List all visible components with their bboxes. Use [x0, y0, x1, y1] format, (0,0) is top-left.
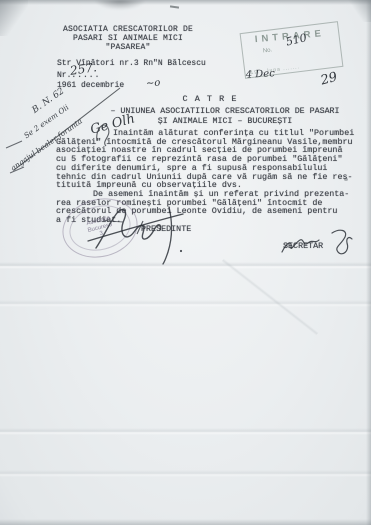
secretary-label: SECRETAR: [283, 241, 323, 251]
paper-crease: [0, 262, 371, 269]
org-name-line2: PASARI SI ANIMALE MICI: [57, 34, 199, 43]
entry-stamp-date-handwritten: 4 Dec: [245, 68, 275, 81]
paper-crease: [0, 300, 371, 307]
round-stamp-line3: 3: [99, 231, 104, 238]
scan-edge: [366, 0, 371, 525]
number-label: Nr.: [57, 71, 71, 80]
paper-crease: [0, 470, 371, 477]
recipient-line2: ȘI ANIMALE MICI – BUCUREȘTI: [80, 117, 370, 127]
ink-smudge: [94, 0, 146, 10]
recipient-block: – UNIUNEA ASOCIATIILOR CRESCATORILOR DE …: [80, 107, 370, 126]
scan-edge: [0, 519, 371, 525]
org-name-line1: ASOCIATIA CRESCATORILOR DE: [57, 25, 199, 34]
recipient-line1: – UNIUNEA ASOCIATIILOR CRESCATORILOR DE …: [80, 107, 370, 117]
paper-crease: [0, 428, 371, 435]
scan-corner: [0, 0, 28, 36]
letterhead: ASOCIATIA CRESCATORILOR DE PASARI SI ANI…: [57, 25, 199, 52]
salutation: C A T R E: [150, 94, 270, 104]
entry-stamp-no-label: No.: [263, 47, 273, 54]
president-label: PRESEDINTE: [141, 224, 191, 234]
scanned-letter: ASOCIATIA CRESCATORILOR DE PASARI SI ANI…: [0, 0, 371, 525]
scan-edge: [0, 0, 371, 5]
org-name-line3: "PASAREA": [57, 43, 199, 52]
